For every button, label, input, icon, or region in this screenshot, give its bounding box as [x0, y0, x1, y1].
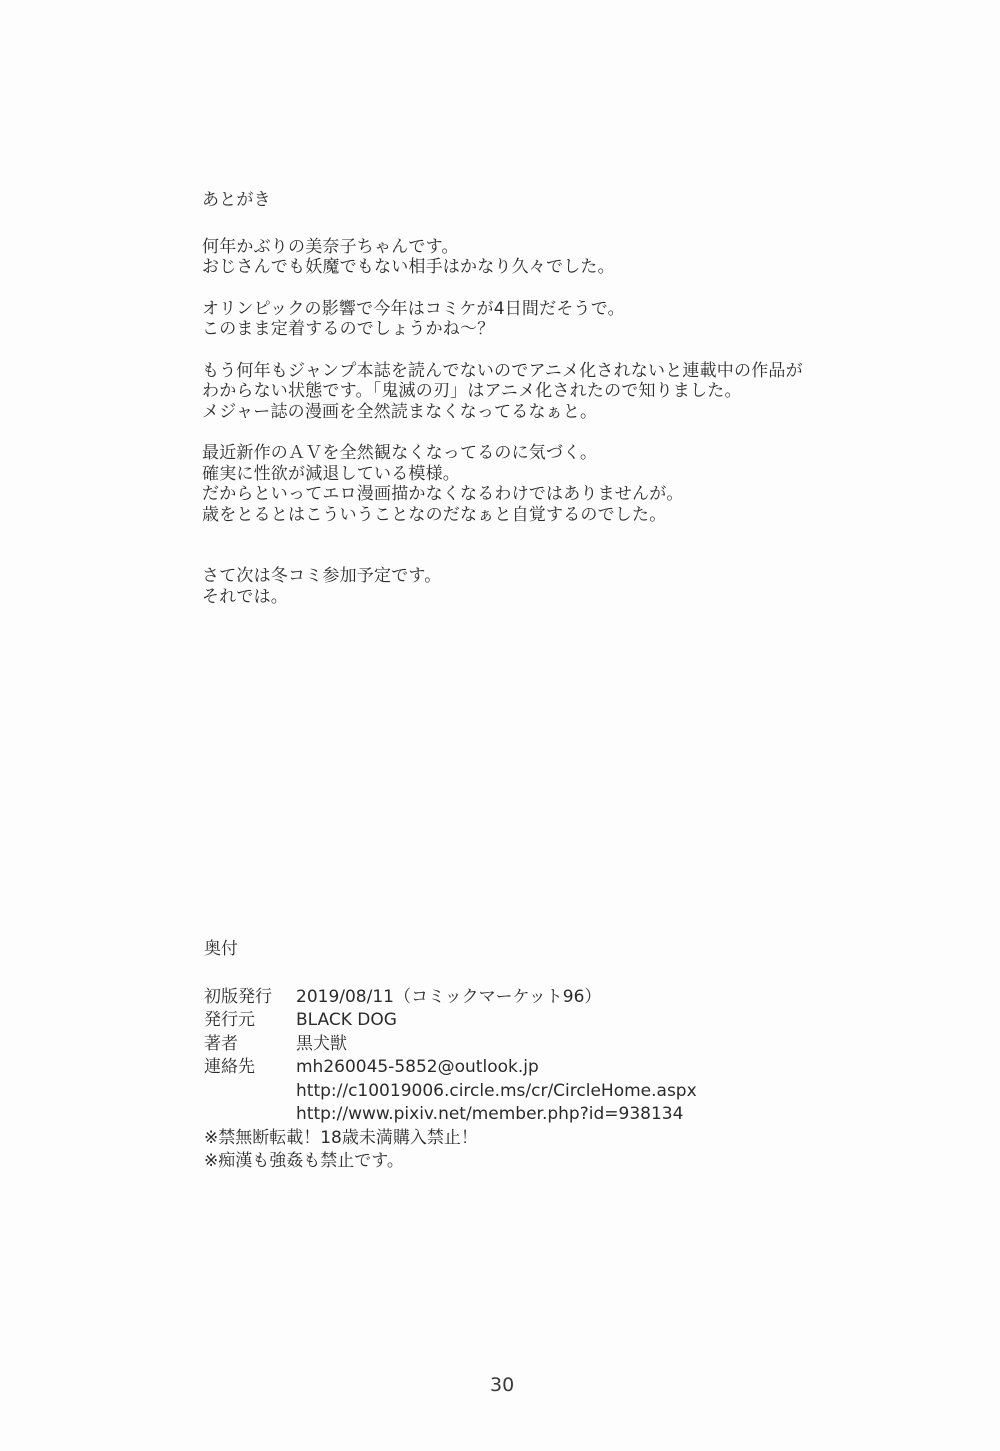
row-label: 著者	[204, 1033, 296, 1057]
row-value: 2019/08/11（コミックマーケット96）	[296, 986, 601, 1010]
row-label: 連絡先	[204, 1056, 296, 1127]
text-line: 歳をとるとはこういうことなのだなぁと自覚するのでした。	[202, 505, 803, 526]
row-value: 黒犬獣	[296, 1033, 347, 1057]
afterword-paragraph: 最近新作のＡＶを全然観なくなってるのに気づく。 確実に性欲が減退している模様。 …	[202, 443, 803, 525]
text-line: さて次は冬コミ参加予定です。	[202, 566, 803, 587]
text-line: 最近新作のＡＶを全然観なくなってるのに気づく。	[202, 443, 803, 464]
text-line: だからといってエロ漫画描かなくなるわけではありませんが。	[202, 484, 803, 505]
notice-line: ※禁無断転載！18歳未満購入禁止！	[204, 1127, 697, 1151]
afterword-section: あとがき 何年かぶりの美奈子ちゃんです。 おじさんでも妖魔でもない相手はかなり久…	[202, 190, 803, 628]
text-line: 確実に性欲が減退している模様。	[202, 464, 803, 485]
page-number: 30	[490, 1374, 514, 1396]
text-line: オリンピックの影響で今年はコミケが4日間だそうで。	[202, 299, 803, 320]
colophon-row-publisher: 発行元 BLACK DOG	[204, 1009, 697, 1033]
colophon-section: 奥付 初版発行 2019/08/11（コミックマーケット96） 発行元 BLAC…	[204, 938, 697, 1174]
text-line: もう何年もジャンプ本誌を読んでないのでアニメ化されないと連載中の作品が	[202, 361, 803, 382]
afterword-paragraph: さて次は冬コミ参加予定です。 それでは。	[202, 566, 803, 607]
colophon-row-author: 著者 黒犬獣	[204, 1033, 697, 1057]
colophon-row-contact: 連絡先 mh260045-5852@outlook.jp http://c100…	[204, 1056, 697, 1127]
contact-circle-url: http://c10019006.circle.ms/cr/CircleHome…	[296, 1080, 697, 1104]
afterword-paragraph: オリンピックの影響で今年はコミケが4日間だそうで。 このまま定着するのでしょうか…	[202, 299, 803, 340]
text-line: おじさんでも妖魔でもない相手はかなり久々でした。	[202, 257, 803, 278]
afterword-paragraph: もう何年もジャンプ本誌を読んでないのでアニメ化されないと連載中の作品が わからな…	[202, 361, 803, 423]
text-line: わからない状態です。「鬼滅の刃」はアニメ化されたので知りました。	[202, 381, 803, 402]
text-line: メジャー誌の漫画を全然読まなくなってるなぁと。	[202, 402, 803, 423]
afterword-paragraph: 何年かぶりの美奈子ちゃんです。 おじさんでも妖魔でもない相手はかなり久々でした。	[202, 237, 803, 278]
colophon-row-first-edition: 初版発行 2019/08/11（コミックマーケット96）	[204, 986, 697, 1010]
row-value: BLACK DOG	[296, 1009, 397, 1033]
colophon-title: 奥付	[204, 938, 697, 962]
row-label: 発行元	[204, 1009, 296, 1033]
row-value-group: mh260045-5852@outlook.jp http://c1001900…	[296, 1056, 697, 1127]
text-line: このまま定着するのでしょうかね～？	[202, 319, 803, 340]
afterword-heading: あとがき	[202, 190, 803, 211]
contact-pixiv-url: http://www.pixiv.net/member.php?id=93813…	[296, 1103, 697, 1127]
text-line: それでは。	[202, 587, 803, 608]
notice-line: ※痴漢も強姦も禁止です。	[204, 1150, 697, 1174]
row-label: 初版発行	[204, 986, 296, 1010]
text-line: 何年かぶりの美奈子ちゃんです。	[202, 237, 803, 258]
book-page: あとがき 何年かぶりの美奈子ちゃんです。 おじさんでも妖魔でもない相手はかなり久…	[0, 0, 1000, 1451]
contact-email: mh260045-5852@outlook.jp	[296, 1056, 697, 1080]
